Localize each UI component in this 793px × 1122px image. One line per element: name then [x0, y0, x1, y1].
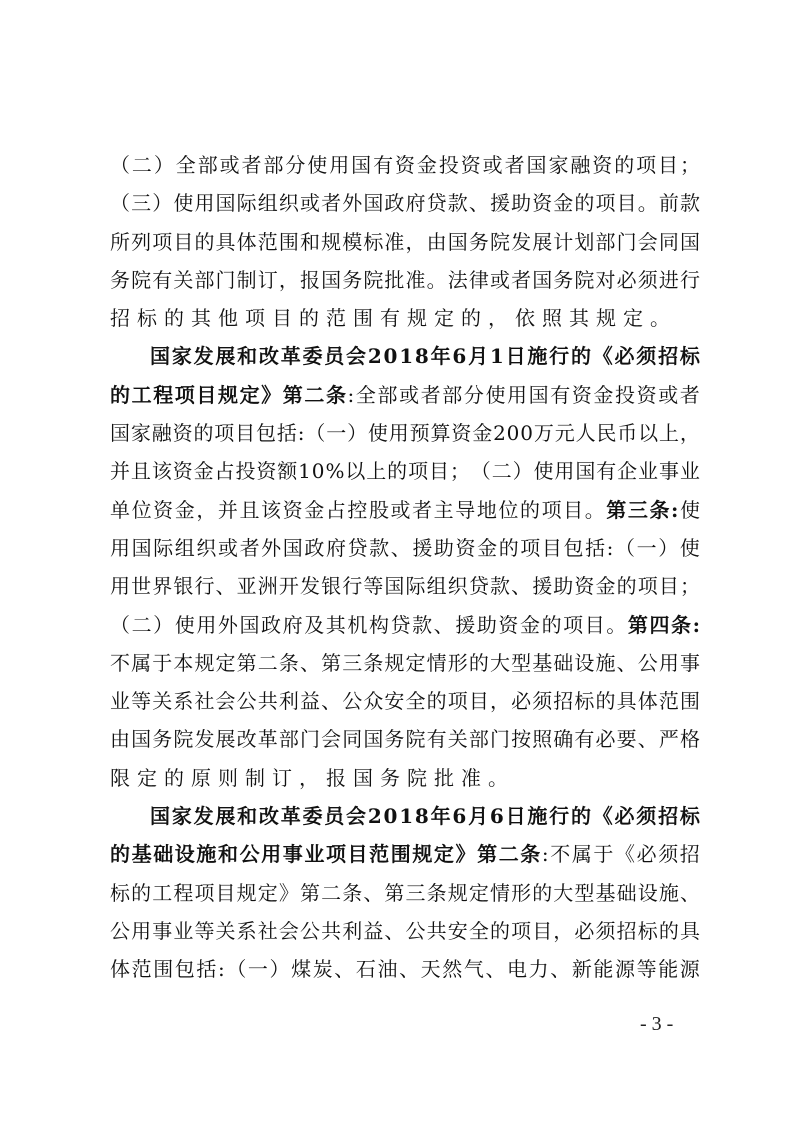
document-page: （二）全部或者部分使用国有资金投资或者国家融资的项目；（三）使用国际组织或者外国… [0, 0, 793, 1122]
char: 条 [427, 874, 447, 912]
bold-char: 0 [384, 337, 398, 375]
char: 援 [490, 184, 510, 222]
char: 单 [110, 491, 130, 529]
char: 并 [110, 452, 130, 490]
char: 、 [638, 720, 658, 758]
char: 体 [110, 950, 130, 988]
char: 的 [461, 299, 488, 337]
char: 项 [542, 491, 562, 529]
char: 基 [532, 644, 552, 682]
bold-char: 展 [215, 797, 235, 835]
bold-char: 基 [132, 835, 152, 873]
char: 前 [659, 184, 679, 222]
char: 项 [408, 452, 428, 490]
char: 础 [553, 644, 573, 682]
char: 范 [132, 950, 152, 988]
char: 力 [529, 950, 549, 988]
bold-char: 1 [399, 337, 413, 375]
char: 织 [448, 567, 468, 605]
char: 规 [448, 874, 468, 912]
bold-char: 条 [326, 376, 346, 414]
char: 、 [434, 606, 454, 644]
bold-char: : [671, 491, 678, 529]
char: 以 [638, 414, 658, 452]
char: 体 [638, 682, 658, 720]
char: 目 [532, 912, 552, 950]
char: 使 [307, 146, 327, 184]
char: 、 [216, 567, 236, 605]
char: 系 [237, 912, 257, 950]
char: 政 [304, 529, 324, 567]
char: 一 [326, 414, 346, 452]
char: 务 [152, 720, 172, 758]
char: 贷 [348, 529, 368, 567]
bold-char: 用 [261, 835, 281, 873]
char: 范 [258, 223, 278, 261]
char: 规 [407, 299, 434, 337]
char: 并 [218, 491, 238, 529]
bold-char: 月 [468, 797, 488, 835]
char: 外 [218, 606, 238, 644]
char: 系 [173, 682, 193, 720]
char: 业 [680, 452, 700, 490]
char: 资 [173, 414, 193, 452]
char: 标 [110, 874, 130, 912]
char: 其 [569, 299, 596, 337]
char: 括 [196, 950, 216, 988]
char: 发 [511, 223, 531, 261]
char: 院 [574, 261, 594, 299]
text-line: （三）使用国际组织或者外国政府贷款、援助资金的项目。前款 [110, 184, 700, 222]
char: 额 [277, 452, 297, 490]
char: 安 [448, 912, 468, 950]
char: 事 [659, 452, 679, 490]
char: 其 [191, 299, 218, 337]
char: 部 [279, 720, 299, 758]
char: 援 [412, 529, 432, 567]
char: 部 [469, 720, 489, 758]
char: 等 [131, 682, 151, 720]
char: 控 [347, 491, 367, 529]
char: 炭 [313, 950, 333, 988]
char: 定 [216, 644, 236, 682]
char: 助 [434, 529, 454, 567]
char: 者 [242, 146, 262, 184]
char: 部 [377, 376, 397, 414]
bold-char: 定 [240, 376, 260, 414]
char: 规 [384, 644, 404, 682]
char: 者 [421, 376, 441, 414]
char: （ [110, 184, 130, 222]
bold-char: 8 [415, 797, 429, 835]
char: 社 [194, 682, 214, 720]
bold-char: 础 [153, 835, 173, 873]
bold-char: 围 [391, 835, 411, 873]
char: 。 [650, 299, 677, 337]
char: 外 [261, 529, 281, 567]
char: ） [154, 146, 174, 184]
char: 际 [237, 184, 257, 222]
char: 必 [637, 835, 657, 873]
char: 务 [384, 720, 404, 758]
char: 按 [511, 720, 531, 758]
char: 第 [237, 644, 257, 682]
bold-char: 6 [452, 797, 466, 835]
char: 一 [248, 950, 268, 988]
char: （ [305, 414, 325, 452]
char: 国 [110, 414, 130, 452]
char: 该 [261, 491, 281, 529]
char: 共 [258, 682, 278, 720]
char: 二 [492, 452, 512, 490]
char: 金 [553, 184, 573, 222]
char: 或 [391, 491, 411, 529]
char: 门 [617, 223, 637, 261]
char: 金 [593, 376, 613, 414]
char: 0 [520, 414, 533, 452]
char: 国 [353, 759, 380, 797]
bold-char: 程 [153, 376, 173, 414]
char: 形 [511, 874, 531, 912]
char: 的 [387, 452, 407, 490]
char: 目 [542, 529, 562, 567]
char: ） [152, 184, 172, 222]
char: 项 [563, 606, 583, 644]
char: 的 [131, 874, 151, 912]
char: 、 [321, 682, 341, 720]
char: 二 [321, 874, 341, 912]
char: 、 [511, 567, 531, 605]
char: 有 [373, 146, 393, 184]
char: 情 [490, 874, 510, 912]
char: 能 [658, 950, 678, 988]
char: 进 [659, 261, 679, 299]
char: 金 [304, 491, 324, 529]
char: 包 [563, 529, 583, 567]
text-line: 不属于本规定第二条、第三条规定情形的大型基础设施、公用事 [110, 644, 700, 682]
bold-char: 改 [259, 797, 279, 835]
char: 政 [261, 606, 281, 644]
bold-char: 的 [571, 337, 591, 375]
char: 院 [490, 223, 510, 261]
char: 由 [110, 720, 130, 758]
char: 行 [194, 567, 214, 605]
char: 所 [110, 223, 130, 261]
char: 公 [237, 682, 257, 720]
char: 资 [153, 491, 173, 529]
char: 围 [680, 682, 700, 720]
char: 用 [329, 146, 349, 184]
char: 会 [279, 912, 299, 950]
char: 或 [658, 376, 678, 414]
bold-char: 规 [412, 835, 432, 873]
char: 际 [153, 529, 173, 567]
bold-char: 8 [415, 337, 429, 375]
char: 标 [574, 682, 594, 720]
char: 列 [131, 223, 151, 261]
char: 不 [550, 835, 570, 873]
char: 院 [406, 720, 426, 758]
char: 导 [455, 491, 475, 529]
char: 投 [439, 146, 459, 184]
char: 煤 [291, 950, 311, 988]
char: 资 [637, 376, 657, 414]
bold-char: 6 [452, 337, 466, 375]
char: 项 [511, 912, 531, 950]
char: 施 [659, 874, 679, 912]
char: 属 [572, 835, 592, 873]
text-line: 所列项目的具体范围和规模标准，由国务院发展计划部门会同国 [110, 223, 700, 261]
char: 、 [334, 950, 354, 988]
char: 目 [272, 299, 299, 337]
char: 国 [448, 223, 468, 261]
char: 的 [520, 491, 540, 529]
char: 第 [321, 644, 341, 682]
char: 础 [617, 874, 637, 912]
char: 。 [488, 759, 515, 797]
bold-char: 的 [571, 797, 591, 835]
char: ； [680, 146, 700, 184]
char: 资 [574, 567, 594, 605]
char: 的 [614, 146, 634, 184]
char: 订 [272, 759, 299, 797]
char: 社 [258, 912, 278, 950]
char: 有 [380, 299, 407, 337]
bold-char: 事 [283, 835, 303, 873]
char: 二 [132, 606, 152, 644]
char: ； [680, 567, 700, 605]
char: 或 [218, 529, 238, 567]
bold-char: 工 [132, 376, 152, 414]
char: 务 [553, 261, 573, 299]
char: 的 [596, 682, 616, 720]
char: 设 [638, 874, 658, 912]
char: 一 [637, 529, 657, 567]
bold-char: 的 [110, 376, 130, 414]
char: 三 [342, 644, 362, 682]
char: 定 [469, 874, 489, 912]
char: 批 [384, 261, 404, 299]
char: : [218, 950, 225, 988]
char: 者 [511, 261, 531, 299]
char: 目 [429, 452, 449, 490]
char: 界 [152, 567, 172, 605]
text-line: 招标的其他项目的范围有规定的，依照其规定。 [110, 299, 700, 337]
char: 能 [593, 950, 613, 988]
char: 依 [515, 299, 542, 337]
char: 定 [406, 644, 426, 682]
char: 者 [680, 376, 700, 414]
char: 府 [406, 184, 426, 222]
bold-char: 公 [240, 835, 260, 873]
char: 改 [237, 720, 257, 758]
bold-char: 业 [304, 835, 324, 873]
char: 程 [173, 874, 193, 912]
char: 等 [363, 567, 383, 605]
char: 贷 [469, 567, 489, 605]
bold-char: 第 [283, 376, 303, 414]
char: 或 [483, 146, 503, 184]
char: 行 [342, 567, 362, 605]
bold-char: 须 [636, 337, 656, 375]
char: 资 [456, 529, 476, 567]
char: 行 [680, 261, 700, 299]
char: 人 [576, 414, 596, 452]
bold-char: 会 [346, 337, 366, 375]
char: 同 [342, 720, 362, 758]
char: 务 [342, 261, 362, 299]
char: 的 [299, 299, 326, 337]
char: 目 [585, 606, 605, 644]
char: 严 [659, 720, 679, 758]
bold-char: 的 [110, 835, 130, 873]
char: 使 [485, 376, 505, 414]
bold-char: 项 [175, 376, 195, 414]
char: ， [406, 223, 426, 261]
char: 电 [507, 950, 527, 988]
bold-char: 第 [606, 491, 626, 529]
char: 援 [532, 567, 552, 605]
bold-char: 2 [368, 797, 382, 835]
char: 目 [617, 184, 637, 222]
char: 股 [369, 491, 389, 529]
char: 全 [356, 376, 376, 414]
char: 和 [300, 223, 320, 261]
text-line: 由国务院发展改革部门会同国务院有关部门按照确有必要、严格 [110, 720, 700, 758]
char: 或 [399, 376, 419, 414]
bold-char: 必 [615, 797, 635, 835]
char: 的 [427, 682, 447, 720]
char: 二 [258, 644, 278, 682]
text-line: 并且该资金占投资额10%以上的项目；（二）使用国有企业事业 [110, 452, 700, 490]
char: 益 [363, 912, 383, 950]
char: 2 [493, 414, 506, 452]
char: 银 [173, 567, 193, 605]
char: 、 [469, 184, 489, 222]
char: ， [488, 299, 515, 337]
bold-char: 0 [384, 797, 398, 835]
char: 、 [363, 874, 383, 912]
char: 预 [410, 414, 430, 452]
char: 国 [239, 606, 259, 644]
char: 使 [680, 529, 700, 567]
char: 、 [391, 529, 411, 567]
char: 条 [363, 644, 383, 682]
bold-char: 须 [636, 797, 656, 835]
char: 开 [279, 567, 299, 605]
char: 发 [194, 720, 214, 758]
char: 共 [427, 912, 447, 950]
char: 者 [321, 184, 341, 222]
char: 外 [342, 184, 362, 222]
char: 。 [427, 261, 447, 299]
text-line: 单位资金，并且该资金占控股或者主导地位的项目。第三条:使 [110, 491, 700, 529]
char: 项 [152, 223, 172, 261]
char: 目 [173, 223, 193, 261]
char: 有 [574, 720, 594, 758]
bold-char: 发 [194, 797, 214, 835]
char: 项 [636, 146, 656, 184]
char: 门 [216, 261, 236, 299]
char: 目 [216, 874, 236, 912]
char: 有 [152, 261, 172, 299]
bold-char: 发 [194, 337, 214, 375]
char: 、 [485, 950, 505, 988]
bold-char: 家 [172, 797, 192, 835]
char: 展 [216, 720, 236, 758]
char: 定 [258, 874, 278, 912]
char: 融 [570, 146, 590, 184]
bold-char: 家 [172, 337, 192, 375]
char: 国 [363, 184, 383, 222]
bold-char: 行 [549, 797, 569, 835]
char: （ [615, 529, 635, 567]
char: 展 [532, 223, 552, 261]
char: 用 [507, 376, 527, 414]
char: 会 [216, 682, 236, 720]
char: 照 [542, 299, 569, 337]
char: （ [471, 452, 491, 490]
bold-char: 和 [237, 337, 257, 375]
char: 部 [198, 146, 218, 184]
text-line: 业等关系社会公共利益、公众安全的项目，必须招标的具体范围 [110, 682, 700, 720]
char: 会 [321, 720, 341, 758]
char: 的 [532, 874, 552, 912]
char: 等 [637, 950, 657, 988]
bold-char: 第 [628, 606, 648, 644]
bold-char: : [693, 606, 700, 644]
text-line: 体范围包括:（一）煤炭、石油、天然气、电力、新能源等能源 [110, 950, 700, 988]
text-line: 的基础设施和公用事业项目范围规定》第二条:不属于《必须招 [110, 835, 700, 873]
char: 织 [196, 529, 216, 567]
char: 用 [194, 184, 214, 222]
char: 有 [550, 376, 570, 414]
char: 用 [389, 414, 409, 452]
char: 助 [511, 184, 531, 222]
char: 具 [680, 912, 700, 950]
char: 工 [152, 874, 172, 912]
char: 、 [300, 644, 320, 682]
char: 且 [239, 491, 259, 529]
bold-char: 》 [456, 835, 476, 873]
bold-char: 6 [490, 797, 504, 835]
char: 主 [434, 491, 454, 529]
char: 《 [615, 835, 635, 873]
char: 形 [448, 644, 468, 682]
char: 具 [216, 223, 236, 261]
char: 算 [431, 414, 451, 452]
char: 或 [220, 146, 240, 184]
bold-char: 招 [658, 337, 678, 375]
char: 招 [617, 912, 637, 950]
char: 条 [342, 874, 362, 912]
char: 等 [194, 912, 214, 950]
char: 须 [658, 835, 678, 873]
char: 国 [529, 376, 549, 414]
char: 标 [137, 299, 164, 337]
char: 资 [173, 452, 193, 490]
char: 范 [659, 682, 679, 720]
char: : [298, 414, 305, 452]
char: （ [110, 606, 130, 644]
char: 贷 [391, 606, 411, 644]
char: 大 [490, 644, 510, 682]
char: 院 [131, 261, 151, 299]
char: 国 [351, 146, 371, 184]
char: 国 [216, 184, 236, 222]
char: 金 [417, 146, 437, 184]
char: 的 [574, 184, 594, 222]
